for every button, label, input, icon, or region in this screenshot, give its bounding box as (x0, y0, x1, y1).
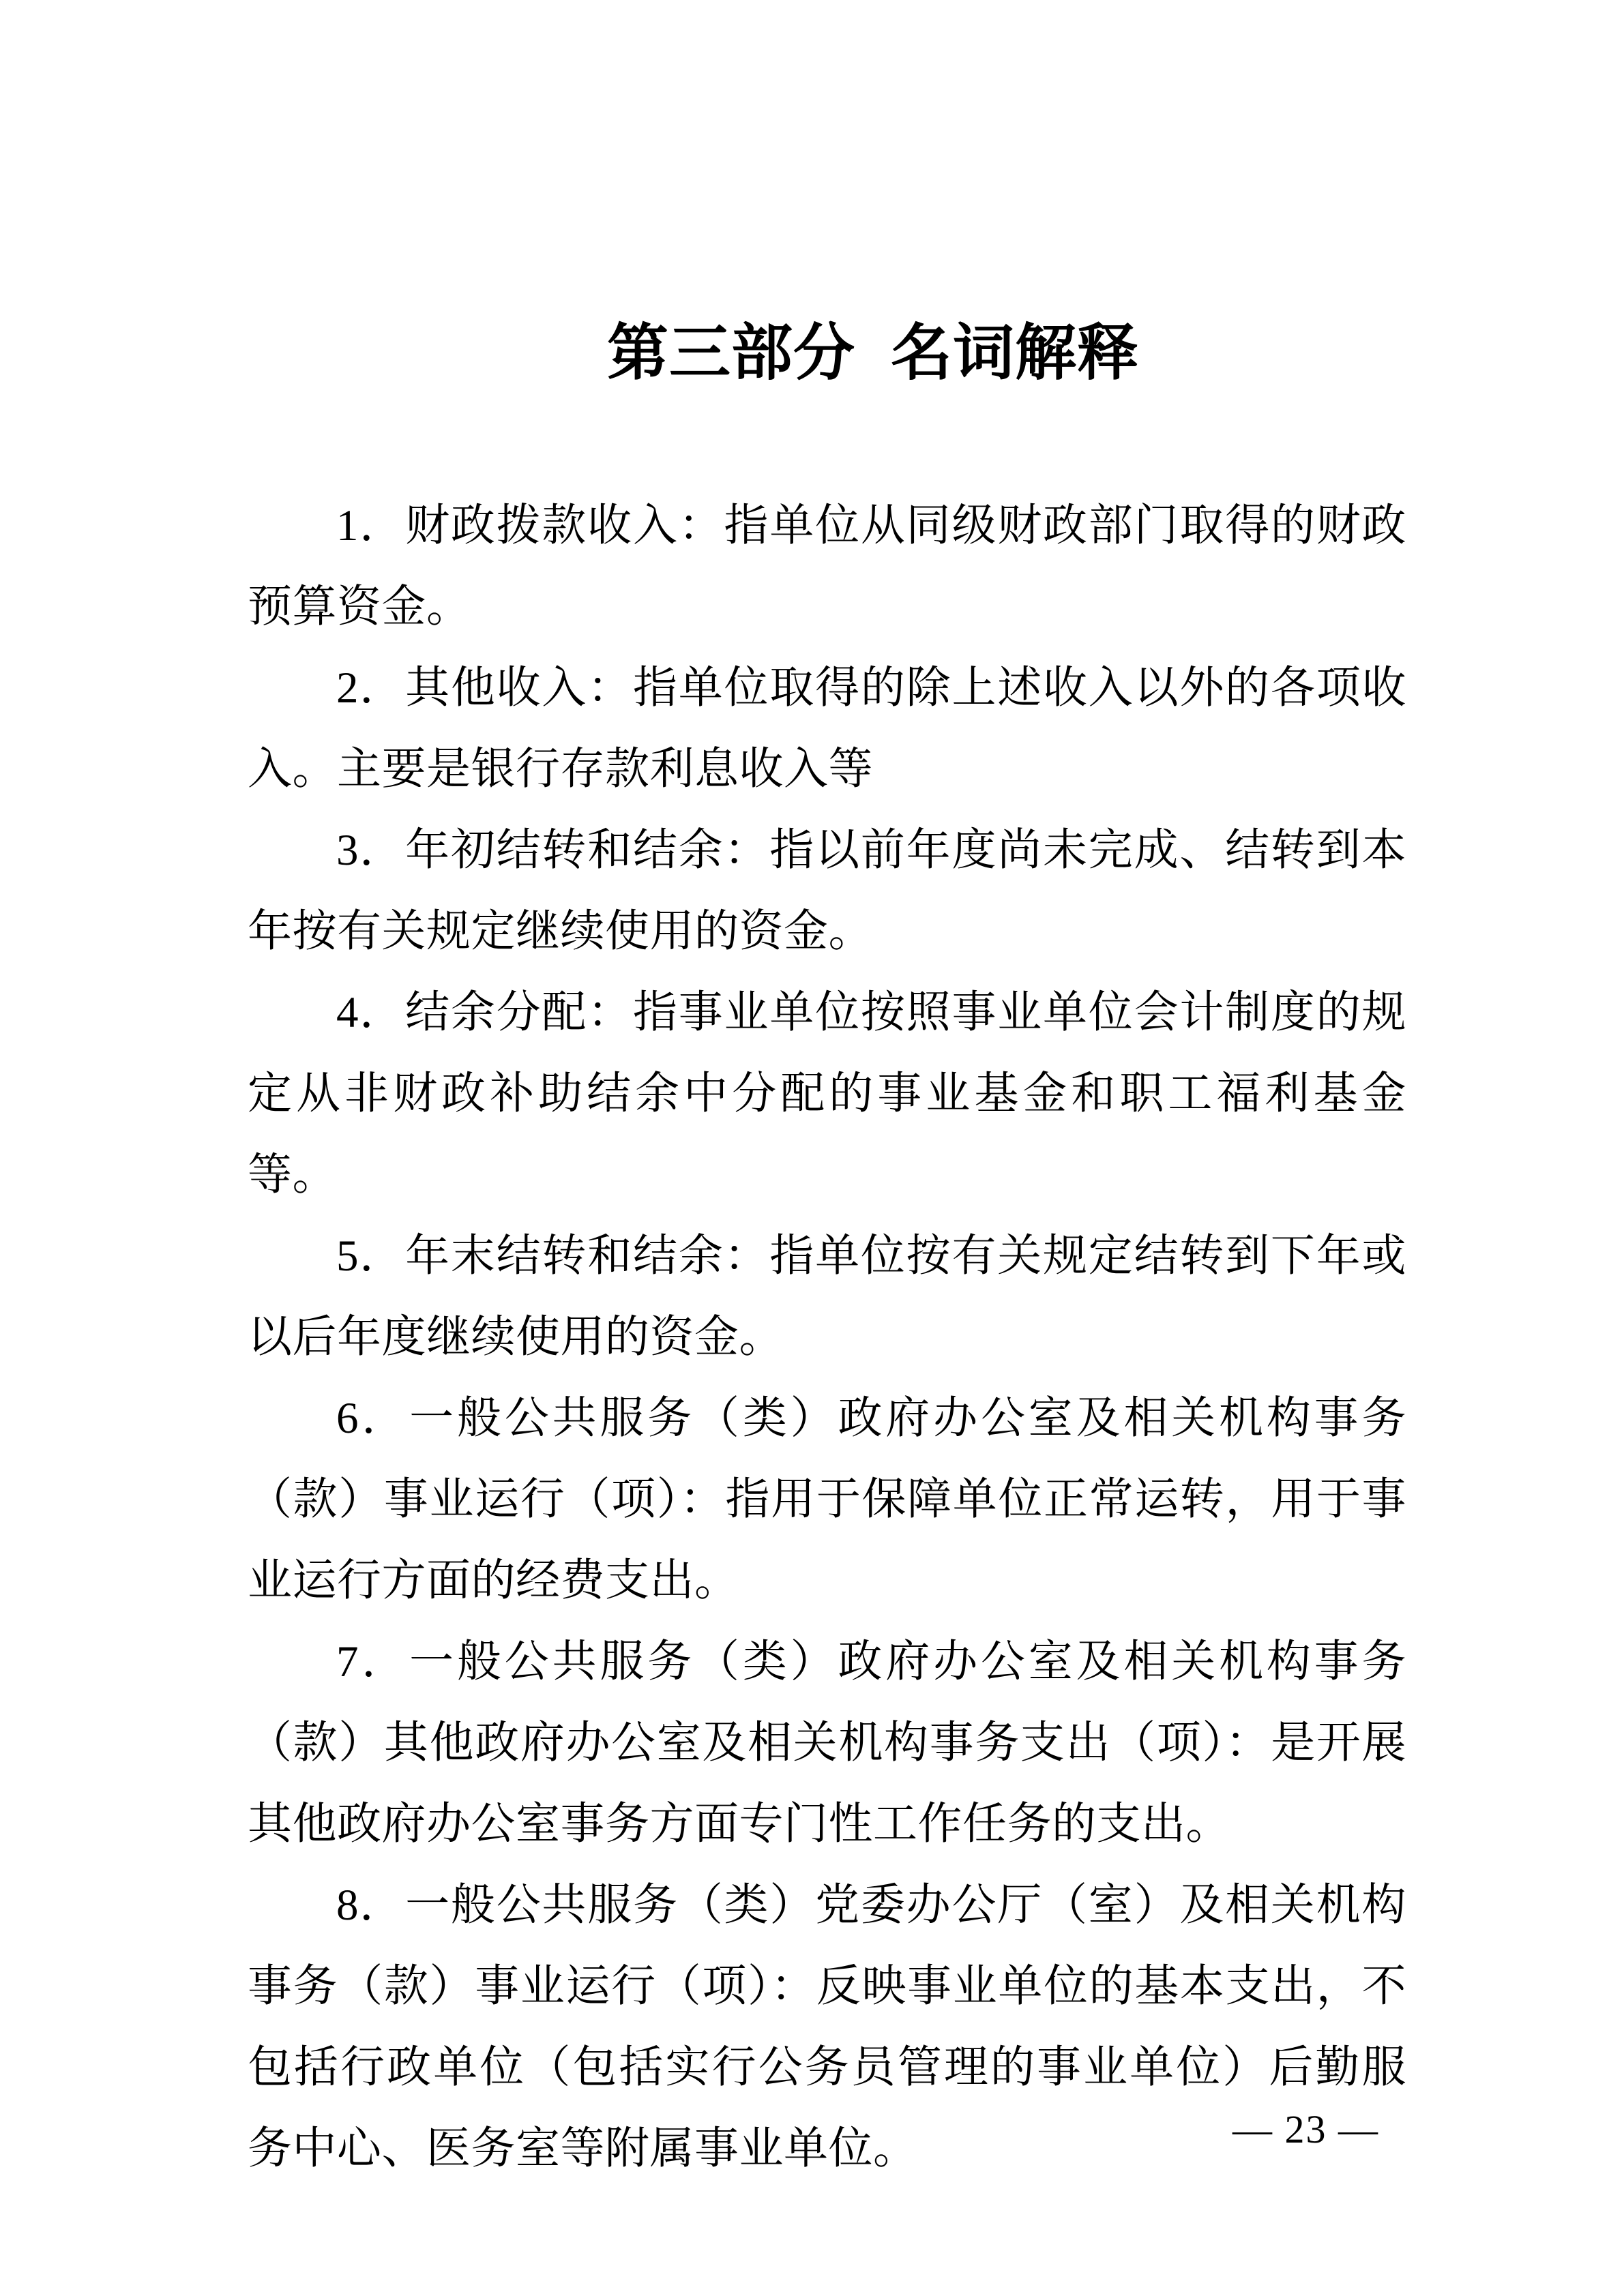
page-title: 第三部分 名词解释 (607, 319, 1139, 387)
definition-paragraph-3: 3．年初结转和结余：指以前年度尚未完成、结转到本年按有关规定继续使用的资金。 (248, 810, 1406, 972)
document-page: 第三部分 名词解释 1．财政拨款收入：指单位从同级财政部门取得的财政预算资金。 … (0, 0, 1624, 2296)
definition-paragraph-1: 1．财政拨款收入：指单位从同级财政部门取得的财政预算资金。 (248, 486, 1406, 648)
definition-paragraph-7: 7．一般公共服务（类）政府办公室及相关机构事务（款）其他政府办公室及相关机构事务… (248, 1622, 1406, 1865)
definition-paragraph-5: 5．年末结转和结余：指单位按有关规定结转到下年或以后年度继续使用的资金。 (248, 1216, 1406, 1378)
page-number: — 23 — (1232, 2107, 1379, 2152)
definition-paragraph-4: 4．结余分配：指事业单位按照事业单位会计制度的规定从非财政补助结余中分配的事业基… (248, 972, 1406, 1216)
definition-paragraph-2: 2．其他收入：指单位取得的除上述收入以外的各项收入。主要是银行存款利息收入等 (248, 648, 1406, 810)
definition-paragraph-6: 6．一般公共服务（类）政府办公室及相关机构事务（款）事业运行（项）：指用于保障单… (248, 1378, 1406, 1622)
definitions-list: 1．财政拨款收入：指单位从同级财政部门取得的财政预算资金。 2．其他收入：指单位… (248, 486, 1406, 2190)
